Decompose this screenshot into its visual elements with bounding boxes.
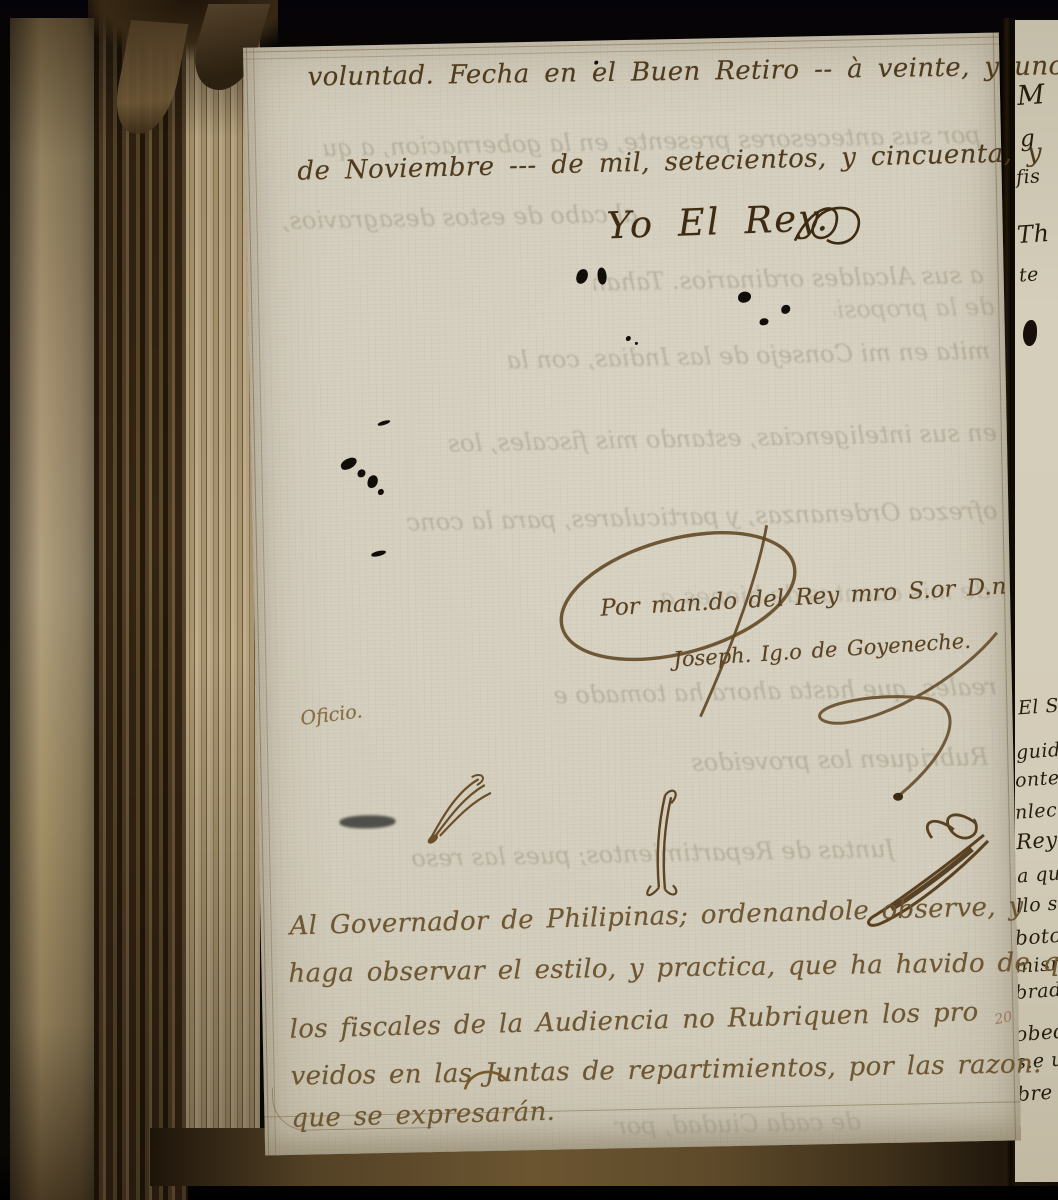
manuscript-page: por sus antecesores presente, en la gobe… [243, 33, 1021, 1156]
page-edge-line [243, 44, 999, 60]
bleedthrough-line: de la proposicion [834, 293, 995, 324]
manuscript-line-date-place: voluntad. Fecha en el Buen Retiro -- à v… [307, 51, 1058, 92]
body-paragraph-line: los fiscales de la Audiencia no Rubrique… [289, 997, 979, 1044]
bleedthrough-line: de cada Ciudad, por [440, 1108, 860, 1144]
ink-blot [378, 489, 384, 495]
bleedthrough-line: al cabo de estos desagravios, que ha [277, 200, 637, 235]
facing-page-fragment: M [1016, 79, 1046, 112]
ink-dash [371, 550, 387, 558]
manuscript-photo: M g fis Th te El S guida onter nlece Rey… [0, 0, 1058, 1200]
body-paragraph-line: que se expresarán. [291, 1097, 555, 1134]
rubric-mark-right [855, 805, 1007, 930]
page-fold-crease [264, 1101, 1020, 1117]
royal-rubric-flourish [786, 195, 887, 259]
bleedthrough-line: ofrezca Ordenanzas, y particulares, para… [281, 497, 997, 539]
manuscript-line-date-year: de Noviembre --- de mil, setecientos, y … [297, 137, 1058, 187]
royal-signature: Yo El Rey. [606, 196, 831, 247]
ink-blot [781, 305, 790, 314]
facing-page-fragment: a qu [1016, 862, 1058, 887]
rubric-mark-center [627, 787, 699, 900]
bleedthrough-line: por sus antecesores presente, en la gobe… [321, 121, 981, 162]
facing-page-fragment: fis [1015, 165, 1041, 189]
ink-blot [339, 456, 359, 472]
rubric-mark-left [417, 771, 499, 851]
ink-speck [635, 342, 638, 345]
ink-speck [626, 336, 631, 341]
bleedthrough-line: a sus Alcaldes ordinarios. Tahan [593, 261, 983, 297]
facing-page-fragment: Th [1016, 219, 1050, 249]
bleedthrough-line: mita en mi Consejo de las Indias, con la [290, 337, 990, 379]
ink-mark [1023, 320, 1037, 346]
ink-blot [575, 268, 589, 285]
bleedthrough-line: Rubriquen los proveidos [548, 743, 988, 780]
margin-pencil-number: 20 [993, 1009, 1014, 1028]
bleedthrough-line: de mis cuentas de bienes q [590, 577, 990, 613]
body-paragraph-line: Al Governador de Philipinas; ordenandole… [289, 892, 1024, 942]
stray-arc-mark [460, 1064, 513, 1093]
graphite-smudge [339, 815, 395, 829]
bleedthrough-line: Juntas de Repartimientos; pues las reso [335, 835, 895, 874]
marginal-note-oficio: Oficio. [299, 700, 363, 730]
facing-page-fragment: te [1018, 263, 1039, 286]
countersign-formula: Por man.do del Rey mro S.or D.n [600, 573, 1007, 621]
bleedthrough-line: en sus inteligencias, estando mis fiscal… [297, 419, 997, 461]
cover-edge-shading [10, 18, 98, 1200]
ink-blot [357, 469, 365, 477]
ragged-edges-shading [94, 0, 188, 1200]
ink-blot [738, 292, 751, 303]
bleedthrough-line: reales, que hasta ahora ha tomado el [552, 673, 997, 710]
facing-page-fragment: bre la [1016, 1078, 1058, 1106]
ink-blot [596, 267, 608, 285]
body-paragraph-line: veidos en las Juntas de repartimientos, … [290, 1049, 1041, 1091]
page-edge-line [243, 37, 999, 53]
countersign-flourish [526, 484, 1032, 814]
ink-blot [759, 318, 768, 325]
facing-page-fragment: botos [1015, 922, 1058, 950]
body-paragraph-line: haga observar el estilo, y practica, que… [288, 947, 1058, 989]
facing-page-fragment: obede [1015, 1018, 1058, 1046]
ink-blot [367, 474, 379, 488]
ink-dash [377, 419, 391, 426]
facing-page-fragment: Rey C [1015, 826, 1058, 855]
ink-speck [594, 61, 598, 65]
page-corner-crease [272, 1084, 433, 1131]
countersign-name: Joseph. Ig.o de Goyeneche. [673, 629, 972, 672]
facing-page-fragment: brado [1015, 978, 1058, 1004]
